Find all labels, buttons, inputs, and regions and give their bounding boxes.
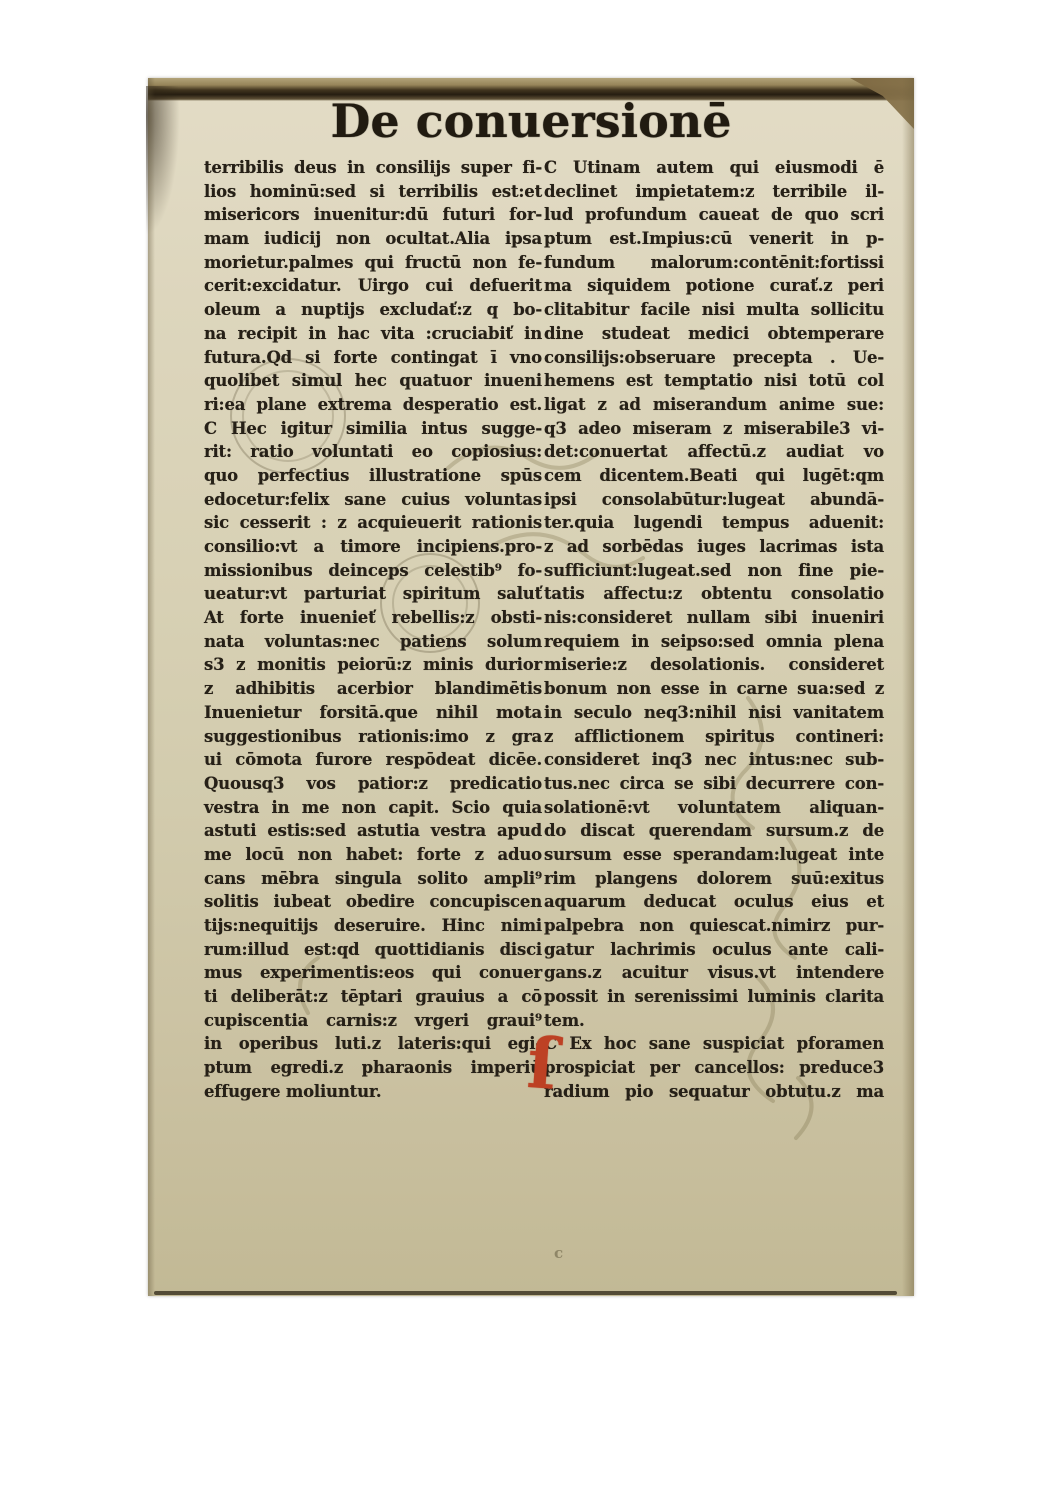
text-line: miserie:z desolationis. consideret xyxy=(544,653,884,677)
text-column-right: C Utinam autem qui eiusmodi ēdeclinet im… xyxy=(544,156,884,1104)
scanned-book-page: De conuersionē terribilis deus in consil… xyxy=(148,78,914,1296)
text-line: cem dicentem.Beati qui lugēt:qm xyxy=(544,464,884,488)
text-line: At forte inuenieť rebellis:z obsti- xyxy=(204,606,542,630)
text-line: ri:ea plane extrema desperatio est. xyxy=(204,393,542,417)
text-line: cupiscentia carnis:z vrgeri graui⁹ xyxy=(204,1009,542,1033)
page-bottom-edge xyxy=(154,1291,897,1295)
text-line: det:conuertat affectū.z audiat vo xyxy=(544,440,884,464)
text-line: requiem in seipso:sed omnia plena xyxy=(544,630,884,654)
text-line: prospiciat per cancellos: preduce3 xyxy=(544,1056,884,1080)
text-line: misericors inuenitur:dū futuri for- xyxy=(204,203,542,227)
text-line: effugere moliuntur. xyxy=(204,1080,542,1104)
text-line: s3 z monitis peiorū:z minis durior xyxy=(204,653,542,677)
text-line: mam iudicij non ocultat.Alia ipsa xyxy=(204,227,542,251)
rubric-paragraph-mark: ſ xyxy=(524,1023,560,1115)
text-line: ptum est.Impius:cū venerit in p- xyxy=(544,227,884,251)
text-line: me locū non habet: forte z aduo xyxy=(204,843,542,867)
text-line: ui cōmota furore respōdeat dicēe. xyxy=(204,748,542,772)
text-column-left: terribilis deus in consilijs super fi-li… xyxy=(204,156,542,1104)
text-line: sufficiunt:lugeat.sed non fine pie- xyxy=(544,559,884,583)
text-line: mus experimentis:eos qui conuer xyxy=(204,961,542,985)
text-line: solitis iubeat obedire concupiscen xyxy=(204,890,542,914)
text-line: in seculo neq3:nihil nisi vanitatem xyxy=(544,701,884,725)
text-line: rum:illud est:qd quottidianis disci xyxy=(204,938,542,962)
text-line: gatur lachrimis oculus ante cali- xyxy=(544,938,884,962)
text-line: declinet impietatem:z terribile il- xyxy=(544,180,884,204)
text-line: q3 adeo miseram z miserabile3 vi- xyxy=(544,417,884,441)
text-line: possit in serenissimi luminis clarita xyxy=(544,985,884,1009)
text-line: in operibus luti.z lateris:qui egi- xyxy=(204,1032,542,1056)
text-line: tus.nec circa se sibi decurrere con- xyxy=(544,772,884,796)
text-line: palpebra non quiescat.nimirz pur- xyxy=(544,914,884,938)
text-line: Inuenietur forsitā.que nihil mota xyxy=(204,701,542,725)
page-title: De conuersionē xyxy=(148,94,914,148)
text-line: consilijs:obseruare precepta . Ue- xyxy=(544,346,884,370)
page-left-edge xyxy=(148,78,155,1296)
text-line: radium pio sequatur obtutu.z ma xyxy=(544,1080,884,1104)
text-line: ueatur:vt parturiat spiritum saluť xyxy=(204,582,542,606)
page-right-edge xyxy=(902,78,914,1296)
text-line: solationē:vt voluntatem aliquan- xyxy=(544,796,884,820)
text-line: lud profundum caueat de quo scri xyxy=(544,203,884,227)
text-line: fundum malorum:contēnit:fortissi xyxy=(544,251,884,275)
text-line: astuti estis:sed astutia vestra apud xyxy=(204,819,542,843)
text-line: tem. xyxy=(544,1009,884,1033)
text-line: C Utinam autem qui eiusmodi ē xyxy=(544,156,884,180)
text-line: futura.Qd si forte contingat ī vno xyxy=(204,346,542,370)
text-line: dine studeat medici obtemperare xyxy=(544,322,884,346)
text-line: hemens est temptatio nisi totū col xyxy=(544,369,884,393)
text-line: tatis affectu:z obtentu consolatio xyxy=(544,582,884,606)
text-line: rit: ratio voluntati eo copiosius: xyxy=(204,440,542,464)
text-line: ter.quia lugendi tempus aduenit: xyxy=(544,511,884,535)
text-line: gans.z acuitur visus.vt intendere xyxy=(544,961,884,985)
text-line: nata voluntas:nec patiens solum xyxy=(204,630,542,654)
text-line: terribilis deus in consilijs super fi- xyxy=(204,156,542,180)
text-line: C Ex hoc sane suspiciat pforamen xyxy=(544,1032,884,1056)
text-line: lios hominū:sed si terribilis est:et xyxy=(204,180,542,204)
text-line: suggestionibus rationis:imo z gra xyxy=(204,725,542,749)
text-line: bonum non esse in carne sua:sed z xyxy=(544,677,884,701)
text-line: vestra in me non capit. Scio quia xyxy=(204,796,542,820)
text-line: sursum esse sperandam:lugeat inte xyxy=(544,843,884,867)
text-line: ti deliberāt:z tēptari grauius a cō xyxy=(204,985,542,1009)
text-line: nis:consideret nullam sibi inueniri xyxy=(544,606,884,630)
text-line: ptum egredi.z pharaonis imperiū xyxy=(204,1056,542,1080)
text-line: ligat z ad miserandum anime sue: xyxy=(544,393,884,417)
text-line: z adhibitis acerbior blandimētis xyxy=(204,677,542,701)
text-line: Quousq3 vos patior:z predicatio xyxy=(204,772,542,796)
text-line: consideret inq3 nec intus:nec sub- xyxy=(544,748,884,772)
text-line: na recipit in hac vita :cruciabiť in xyxy=(204,322,542,346)
text-line: z ad sorbēdas iuges lacrimas ista xyxy=(544,535,884,559)
text-line: quo perfectius illustratione spūs xyxy=(204,464,542,488)
text-line: do discat querendam sursum.z de xyxy=(544,819,884,843)
text-line: clitabitur facile nisi multa sollicitu xyxy=(544,298,884,322)
text-line: cerit:excidatur. Uirgo cui defuerit xyxy=(204,274,542,298)
text-line: rim plangens dolorem suū:exitus xyxy=(544,867,884,891)
text-line: z afflictionem spiritus contineri: xyxy=(544,725,884,749)
signature-mark: c xyxy=(554,1244,563,1262)
text-line: sic cesserit : z acquieuerit rationis xyxy=(204,511,542,535)
text-line: quolibet simul hec quatuor inueni xyxy=(204,369,542,393)
text-line: ipsi consolabūtur:lugeat abundā- xyxy=(544,488,884,512)
text-line: cans mēbra singula solito ampli⁹ xyxy=(204,867,542,891)
text-line: C Hec igitur similia intus sugge- xyxy=(204,417,542,441)
text-line: oleum a nuptijs excludať:z q bo- xyxy=(204,298,542,322)
text-line: consilio:vt a timore incipiens.pro- xyxy=(204,535,542,559)
text-line: ma siquidem potione curať.z peri xyxy=(544,274,884,298)
text-line: morietur.palmes qui fructū non fe- xyxy=(204,251,542,275)
text-line: edocetur:felix sane cuius voluntas xyxy=(204,488,542,512)
text-line: aquarum deducat oculus eius et xyxy=(544,890,884,914)
text-line: tijs:nequitijs deseruire. Hinc nimi xyxy=(204,914,542,938)
text-line: missionibus deinceps celestib⁹ fo- xyxy=(204,559,542,583)
